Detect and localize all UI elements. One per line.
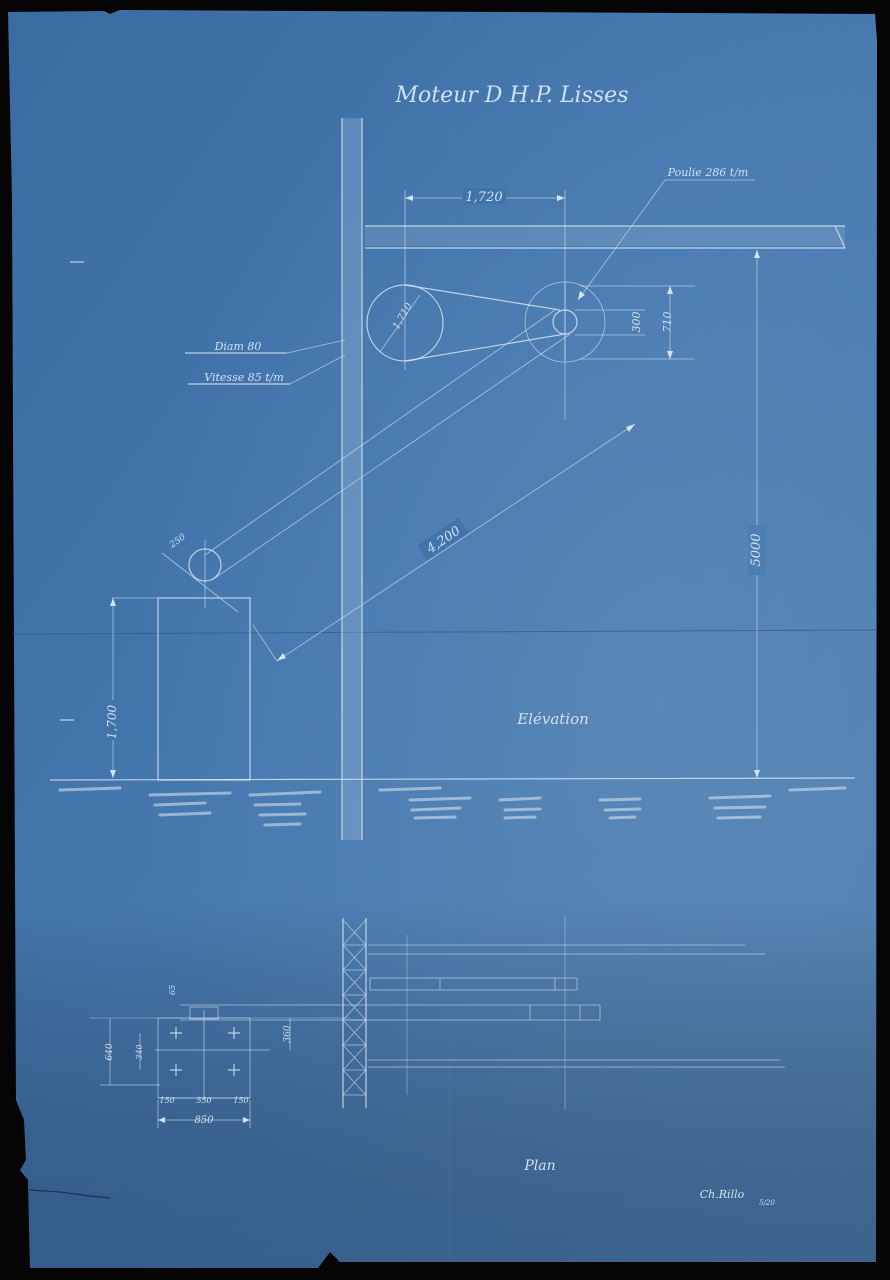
callout-pulley-speed: Poulie 286 t/m: [667, 166, 749, 179]
plan-dim-total: 850: [194, 1115, 214, 1126]
label-elevation: Elévation: [516, 710, 589, 728]
plan-dim-bottom-mid: 550: [196, 1096, 211, 1105]
dim-total-height: 5000: [749, 533, 764, 566]
callout-speed: Vitesse 85 t/m: [204, 371, 284, 384]
paper: [8, 10, 877, 1268]
plan-dim-top: 65: [168, 985, 177, 995]
plan-dim-left-outer: 640: [105, 1043, 115, 1060]
callout-diameter: Diam 80: [214, 340, 262, 353]
dim-pulley-inner: 300: [630, 312, 643, 333]
plan-dim-bottom-right: 150: [233, 1096, 248, 1105]
dim-motor-height: 1,700: [105, 704, 119, 739]
dim-pulley-outer: 710: [661, 312, 674, 333]
plan-dim-bottom-left: 150: [159, 1096, 174, 1105]
signature: Ch.Rillo: [700, 1188, 745, 1201]
blueprint-sheet: Moteur D H.P. Lisses 1,720 1,710: [0, 0, 890, 1280]
drawing-title: Moteur D H.P. Lisses: [395, 83, 629, 108]
label-plan: Plan: [523, 1158, 555, 1174]
signature-date: 5/20: [759, 1199, 775, 1207]
dim-top-span: 1,720: [465, 190, 502, 205]
plan-dim-right: 360: [283, 1025, 293, 1042]
plan-dim-left-inner: 340: [135, 1044, 144, 1059]
